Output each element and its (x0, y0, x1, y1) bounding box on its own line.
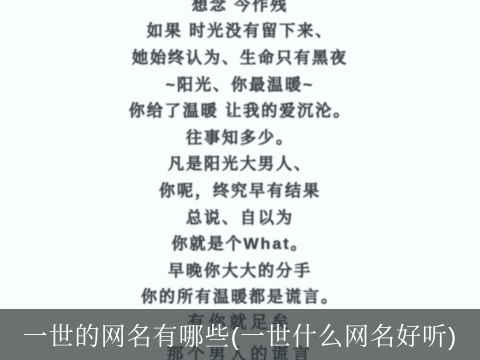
quote-line: 想念 今作残 (0, 0, 480, 17)
caption-bar: 一世的网名有哪些(一世什么网名好听) (0, 309, 480, 360)
quote-line: 你给了温暖 让我的爱沉沦。 (0, 96, 480, 123)
quote-line: 总说、自以为 (0, 203, 480, 230)
quote-line: 她始终认为、生命只有黑夜 (0, 43, 480, 70)
quote-line: ~阳光、你最温暖~ (0, 70, 480, 97)
quote-line: 早晚你大大的分手 (0, 256, 480, 283)
quote-line: 往事知多少。 (0, 123, 480, 150)
quote-line: 你的所有温暖都是谎言。 (0, 283, 480, 310)
quote-line: 你就是个What。 (0, 229, 480, 256)
quote-line: 凡是阳光大男人、 (0, 150, 480, 177)
caption-text: 一世的网名有哪些(一世什么网名好听) (23, 317, 458, 353)
quote-image: 想念 今作残 如果 时光没有留下来、 她始终认为、生命只有黑夜 ~阳光、你最温暖… (0, 0, 480, 360)
quote-line: 你呢，终究早有结果 (0, 176, 480, 203)
quote-lines-block: 想念 今作残 如果 时光没有留下来、 她始终认为、生命只有黑夜 ~阳光、你最温暖… (0, 0, 480, 309)
quote-line: 如果 时光没有留下来、 (0, 17, 480, 44)
